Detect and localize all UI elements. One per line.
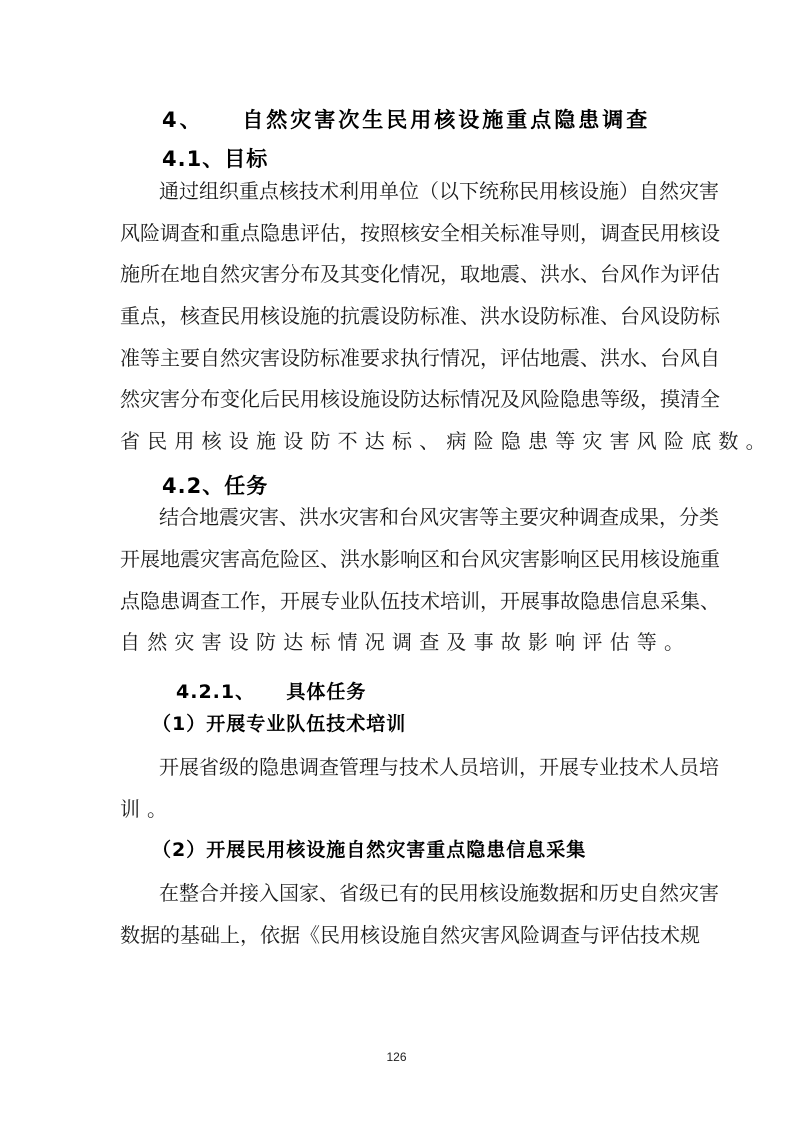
paragraph-line: 施所在地自然灾害分布及其变化情况，取地震、洪水、台风作为评估: [120, 261, 672, 287]
item-heading-2: （2）开展民用核设施自然灾害重点隐患信息采集: [152, 837, 704, 863]
page-number: 126: [0, 1050, 793, 1064]
paragraph-line: 风险调查和重点隐患评估，按照核安全相关标准导则，调查民用核设: [120, 220, 672, 246]
paragraph-line: 在整合并接入国家、省级已有的民用核设施数据和历史自然灾害: [159, 880, 672, 906]
paragraph-line: 训。: [120, 796, 672, 822]
paragraph-line: 开展地震灾害高危险区、洪水影响区和台风灾害影响区民用核设施重: [120, 546, 672, 572]
paragraph-line: 数据的基础上，依据《民用核设施自然灾害风险调查与评估技术规: [120, 922, 672, 948]
item-heading-1: （1）开展专业队伍技术培训: [152, 711, 704, 737]
paragraph-line: 省民用核设施设防不达标、病险隐患等灾害风险底数。: [120, 428, 672, 454]
paragraph-line: 自然灾害设防达标情况调查及事故影响评估等。: [120, 629, 672, 655]
paragraph-line: 准等主要自然灾害设防标准要求执行情况，评估地震、洪水、台风自: [120, 345, 672, 371]
section-heading-4-2-1: 4.2.1、 具体任务: [176, 679, 728, 705]
paragraph-line: 点隐患调查工作，开展专业队伍技术培训，开展事故隐患信息采集、: [120, 588, 672, 614]
section-heading-4-2: 4.2、任务: [162, 473, 714, 499]
subsection-title: 具体任务: [286, 681, 366, 703]
paragraph-line: 开展省级的隐患调查管理与技术人员培训，开展专业技术人员培: [159, 754, 672, 780]
paragraph-line: 重点，核查民用核设施的抗震设防标准、洪水设防标准、台风设防标: [120, 303, 672, 329]
document-page: 4、 自然灾害次生民用核设施重点隐患调查 4.1、目标 通过组织重点核技术利用单…: [0, 0, 793, 1122]
section-number: 4、: [162, 108, 204, 132]
paragraph-line: 通过组织重点核技术利用单位（以下统称民用核设施）自然灾害: [159, 178, 672, 204]
subsection-number: 4.2.1、: [176, 681, 255, 703]
paragraph-line: 然灾害分布变化后民用核设施设防达标情况及风险隐患等级，摸清全: [120, 386, 672, 412]
paragraph-line: 结合地震灾害、洪水灾害和台风灾害等主要灾种调查成果，分类: [159, 504, 672, 530]
section-heading-4-1: 4.1、目标: [162, 146, 714, 172]
section-title: 自然灾害次生民用核设施重点隐患调查: [242, 108, 650, 132]
section-heading-4: 4、 自然灾害次生民用核设施重点隐患调查: [162, 107, 682, 133]
